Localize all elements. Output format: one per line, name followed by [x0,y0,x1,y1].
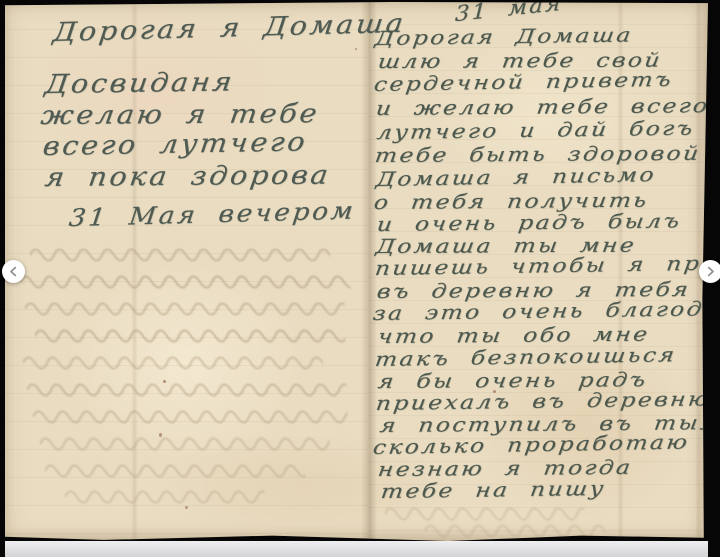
paper-stain [159,433,162,437]
letter-left-page: Дорогая я Домаша Досвиданя желаю я тебе … [5,2,368,541]
carousel-stage[interactable]: Дорогая я Домаша Досвиданя желаю я тебе … [0,0,720,557]
handwriting-line: сердечной приветъ [373,68,675,96]
handwriting-line: Домаша я письмо [375,163,658,191]
paper-stain [185,506,188,509]
handwriting-line: 31 Мая вечером [67,196,357,232]
chevron-right-icon [702,263,719,280]
handwriting-line: всего лутчего [41,127,309,162]
letter-right-page: 31 мая Дорогая Домаша шлю я тебе свой се… [368,2,708,541]
carousel-next-button[interactable] [699,260,720,283]
handwriting-line: Дорогая я Домаша [51,9,407,48]
handwriting-line: пишешь чтобы я прие [374,251,720,280]
handwriting-line: за это очень благодарю [372,297,720,325]
chevron-left-icon [5,263,22,280]
letter-photo: Дорогая я Домаша Досвиданя желаю я тебе … [5,2,708,541]
handwriting-line: лутчего и дай богъ [376,117,697,144]
handwriting-line: я пока здорова [43,160,332,193]
handwriting-line: Досвиданя [43,67,236,100]
handwriting-line: Дорогая Домаша [374,23,635,50]
handwriting-line: сколько проработаю [372,430,691,459]
photo-background-table [5,541,708,557]
handwriting-line: и очень радъ былъ [376,209,683,236]
handwriting-line: тебе на пишу [380,477,608,503]
paper-stain [163,380,166,383]
paper-stain [355,48,357,50]
handwriting-line: такъ безпокоишься [374,343,678,371]
handwriting-date: 31 мая [455,0,563,26]
carousel-prev-button[interactable] [2,260,25,283]
handwriting-line: желаю я тебе [39,99,321,131]
paper-stain [493,390,496,393]
